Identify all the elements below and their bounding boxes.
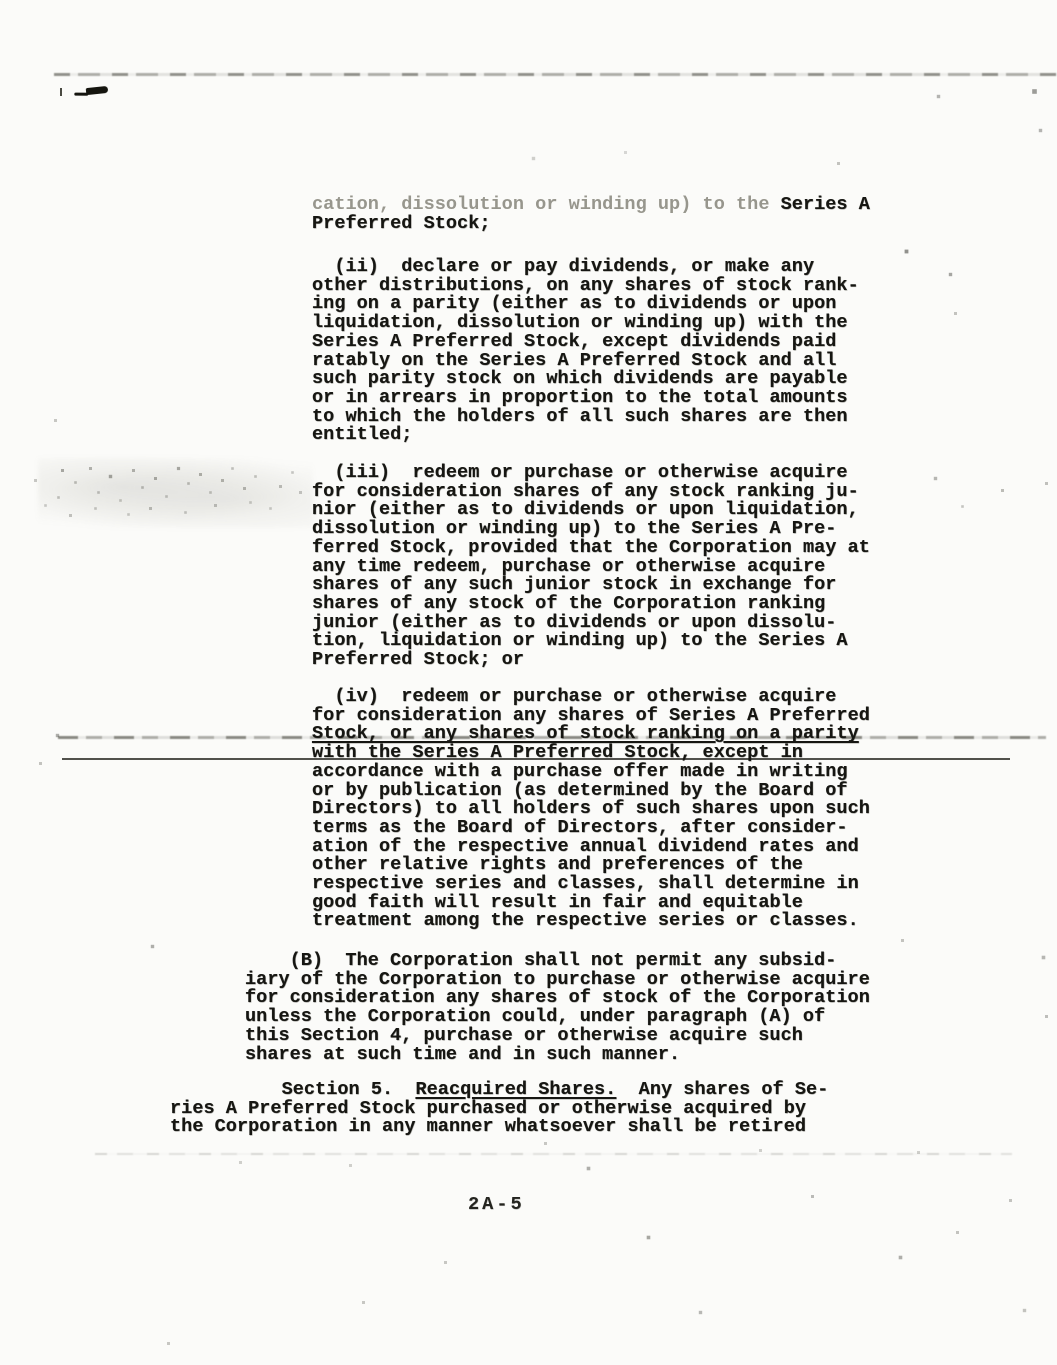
paragraph-liquidation-clause-end: cation, dissolution or winding up) to th… <box>312 196 870 233</box>
smudge-haze <box>38 458 313 528</box>
page-number: 2A-5 <box>468 1194 525 1215</box>
scan-artifact-line-top <box>54 73 1057 76</box>
clause-iii-text: (iii) redeem or purchase or otherwise ac… <box>312 462 870 670</box>
scan-artifact-line-bottom <box>95 1153 1012 1155</box>
scanned-document-page: cation, dissolution or winding up) to th… <box>0 0 1057 1365</box>
section-5-text-rest: ries A Preferred Stock purchased or othe… <box>170 1098 806 1138</box>
paragraph-clause-b: (B) The Corporation shall not permit any… <box>245 952 870 1064</box>
series-a-text-run: Series A <box>781 194 870 215</box>
clause-iv-text-rest: with the Series A Preferred Stock, excep… <box>312 742 870 931</box>
paragraph-clause-ii: (ii) declare or pay dividends, or make a… <box>312 258 859 445</box>
clause-ii-text: (ii) declare or pay dividends, or make a… <box>312 256 859 445</box>
paragraph-clause-iv: (iv) redeem or purchase or otherwise acq… <box>312 688 870 931</box>
preferred-stock-text-run: Preferred Stock; <box>312 213 491 234</box>
ink-tick-mark <box>60 88 62 96</box>
paragraph-section-5: Section 5. Reacquired Shares. Any shares… <box>170 1081 828 1137</box>
paragraph-clause-iii: (iii) redeem or purchase or otherwise ac… <box>312 464 870 670</box>
clause-iv-text-start: (iv) redeem or purchase or otherwise acq… <box>312 686 870 726</box>
ink-blob-mark <box>86 86 109 95</box>
page-speckles <box>0 0 1 1</box>
clause-b-text: (B) The Corporation shall not permit any… <box>245 950 870 1065</box>
